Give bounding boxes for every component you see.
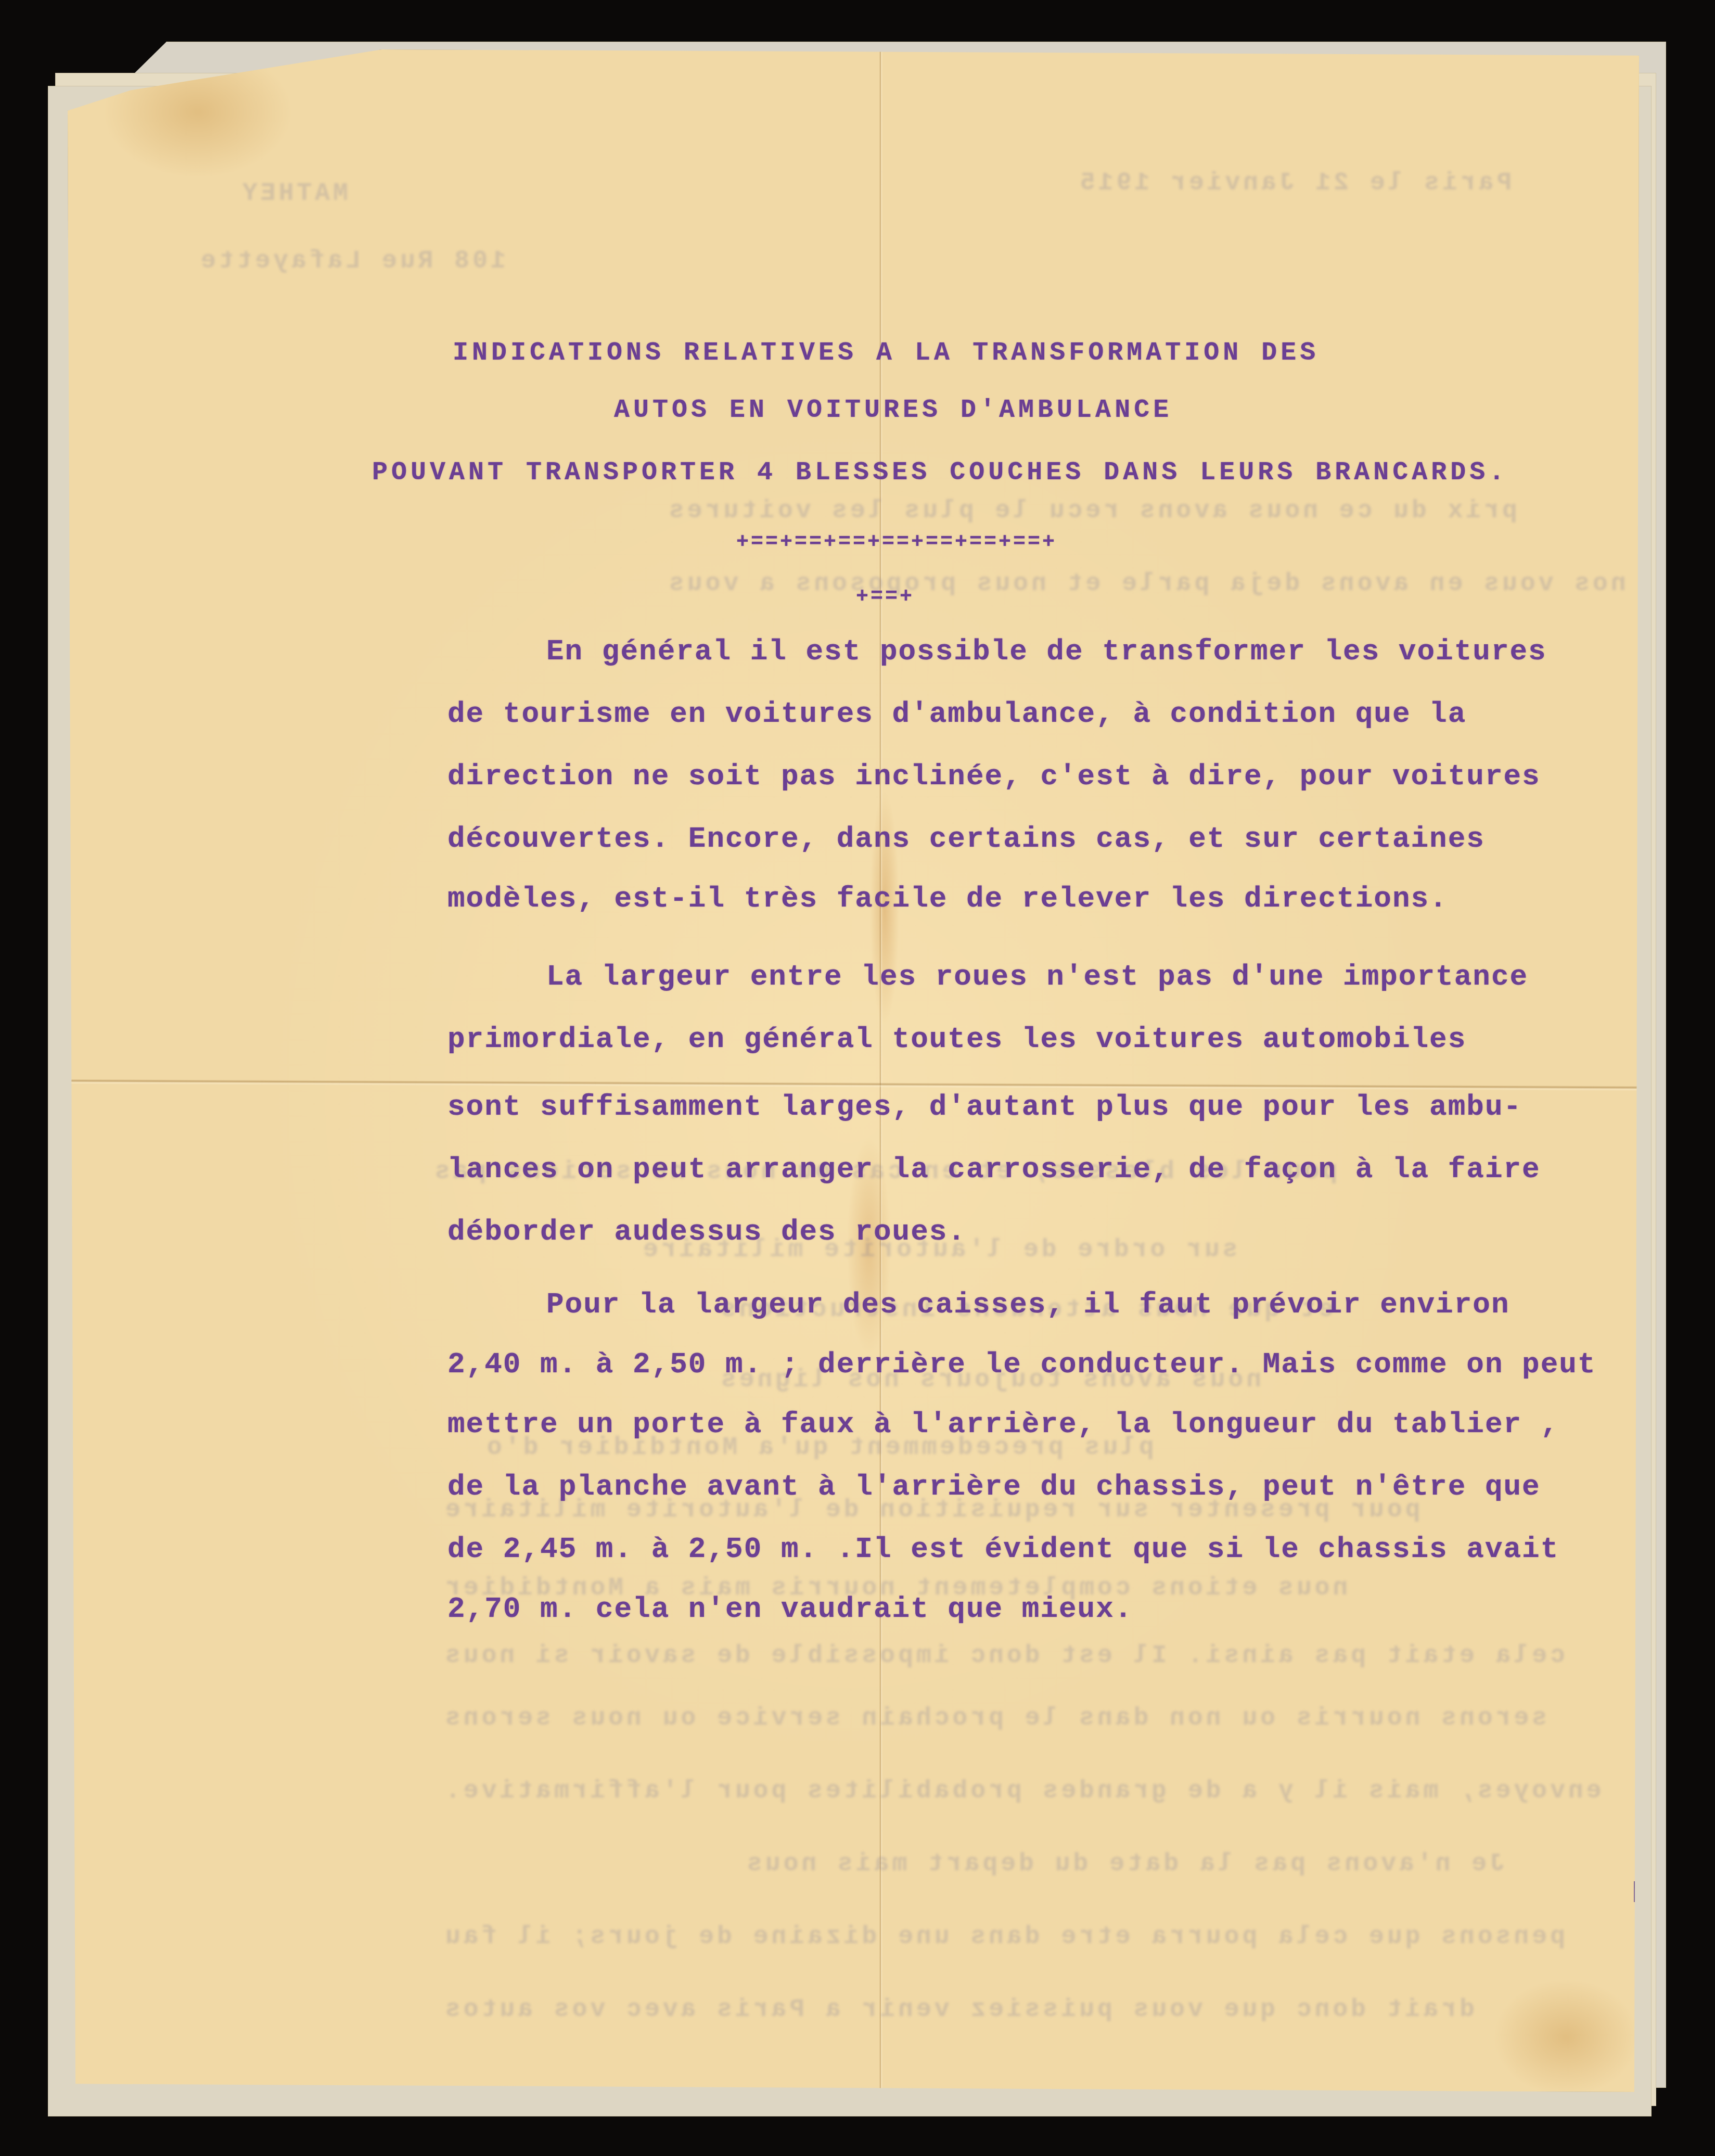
paragraph-3-line-1: Pour la largeur des caisses, il faut pré… (546, 1288, 1509, 1321)
bleed-line: serons nourris ou non dans le prochain s… (442, 1704, 1547, 1732)
horizontal-fold-crease (68, 1079, 1639, 1091)
ornament-divider-2: +==+ (856, 585, 914, 609)
paragraph-1-line-1: En général il est possible de transforme… (546, 635, 1547, 668)
title-line-3: POUVANT TRANSPORTER 4 BLESSES COUCHES DA… (372, 458, 1508, 488)
paragraph-1-line-5: modèles, est-il très facile de relever l… (447, 882, 1448, 915)
title-line-1: INDICATIONS RELATIVES A LA TRANSFORMATIO… (453, 338, 1319, 368)
paragraph-3-line-5: de 2,45 m. à 2,50 m. .Il est évident que… (447, 1533, 1559, 1566)
bleed-line: cela etait pas ainsi. Il est donc imposs… (442, 1642, 1565, 1670)
bleed-header-right: Paris le 21 Janvier 1915 (1077, 169, 1512, 197)
paragraph-1-line-4: découvertes. Encore, dans certains cas, … (447, 822, 1485, 856)
title-line-2: AUTOS EN VOITURES D'AMBULANCE (614, 396, 1172, 425)
paragraph-1-line-2: de tourisme en voitures d'ambulance, à c… (447, 697, 1466, 731)
bleed-line: pensons que cela pourra etre dans une di… (442, 1923, 1565, 1951)
paragraph-2-line-5: déborder audessus des roues. (447, 1215, 966, 1248)
bleed-line: prix du ce nous avons recu le plus les v… (666, 497, 1517, 525)
paragraph-3-line-2: 2,40 m. à 2,50 m. ; derrière le conducte… (447, 1348, 1596, 1381)
bleed-line: Je n'avons pas la date du depart mais no… (744, 1850, 1505, 1878)
bleed-line: nos vous en avons deja parle et nous pro… (666, 570, 1626, 598)
paragraph-2-line-1: La largeur entre les roues n'est pas d'u… (546, 960, 1528, 993)
paragraph-1-line-3: direction ne soit pas inclinée, c'est à … (447, 760, 1541, 793)
paper-sheet: MATHEY 108 Rue Lafayette Paris le 21 Jan… (68, 49, 1639, 2092)
bleed-header-left-1: MATHEY (239, 180, 348, 208)
ornament-divider-1: +==+==+==+==+==+==+==+ (736, 531, 1057, 554)
bleed-header-left-2: 108 Rue Lafayette (198, 247, 506, 275)
paragraph-3-line-3: mettre un porte à faux à l'arrière, la l… (447, 1408, 1559, 1441)
bleed-line: drait donc que vous puissiez venir a Par… (442, 1996, 1475, 2024)
paragraph-3-line-6: 2,70 m. cela n'en vaudrait que mieux. (447, 1592, 1133, 1626)
paragraph-2-line-3: sont suffisamment larges, d'autant plus … (447, 1090, 1522, 1124)
paragraph-3-line-4: de la planche avant à l'arrière du chass… (447, 1470, 1541, 1503)
paragraph-2-line-2: primordiale, en général toutes les voitu… (447, 1023, 1466, 1056)
bleed-line: envoyes, mais il y a de grandes probabil… (442, 1777, 1602, 1805)
paragraph-2-line-4: lances on peut arranger la carrosserie, … (447, 1153, 1541, 1186)
